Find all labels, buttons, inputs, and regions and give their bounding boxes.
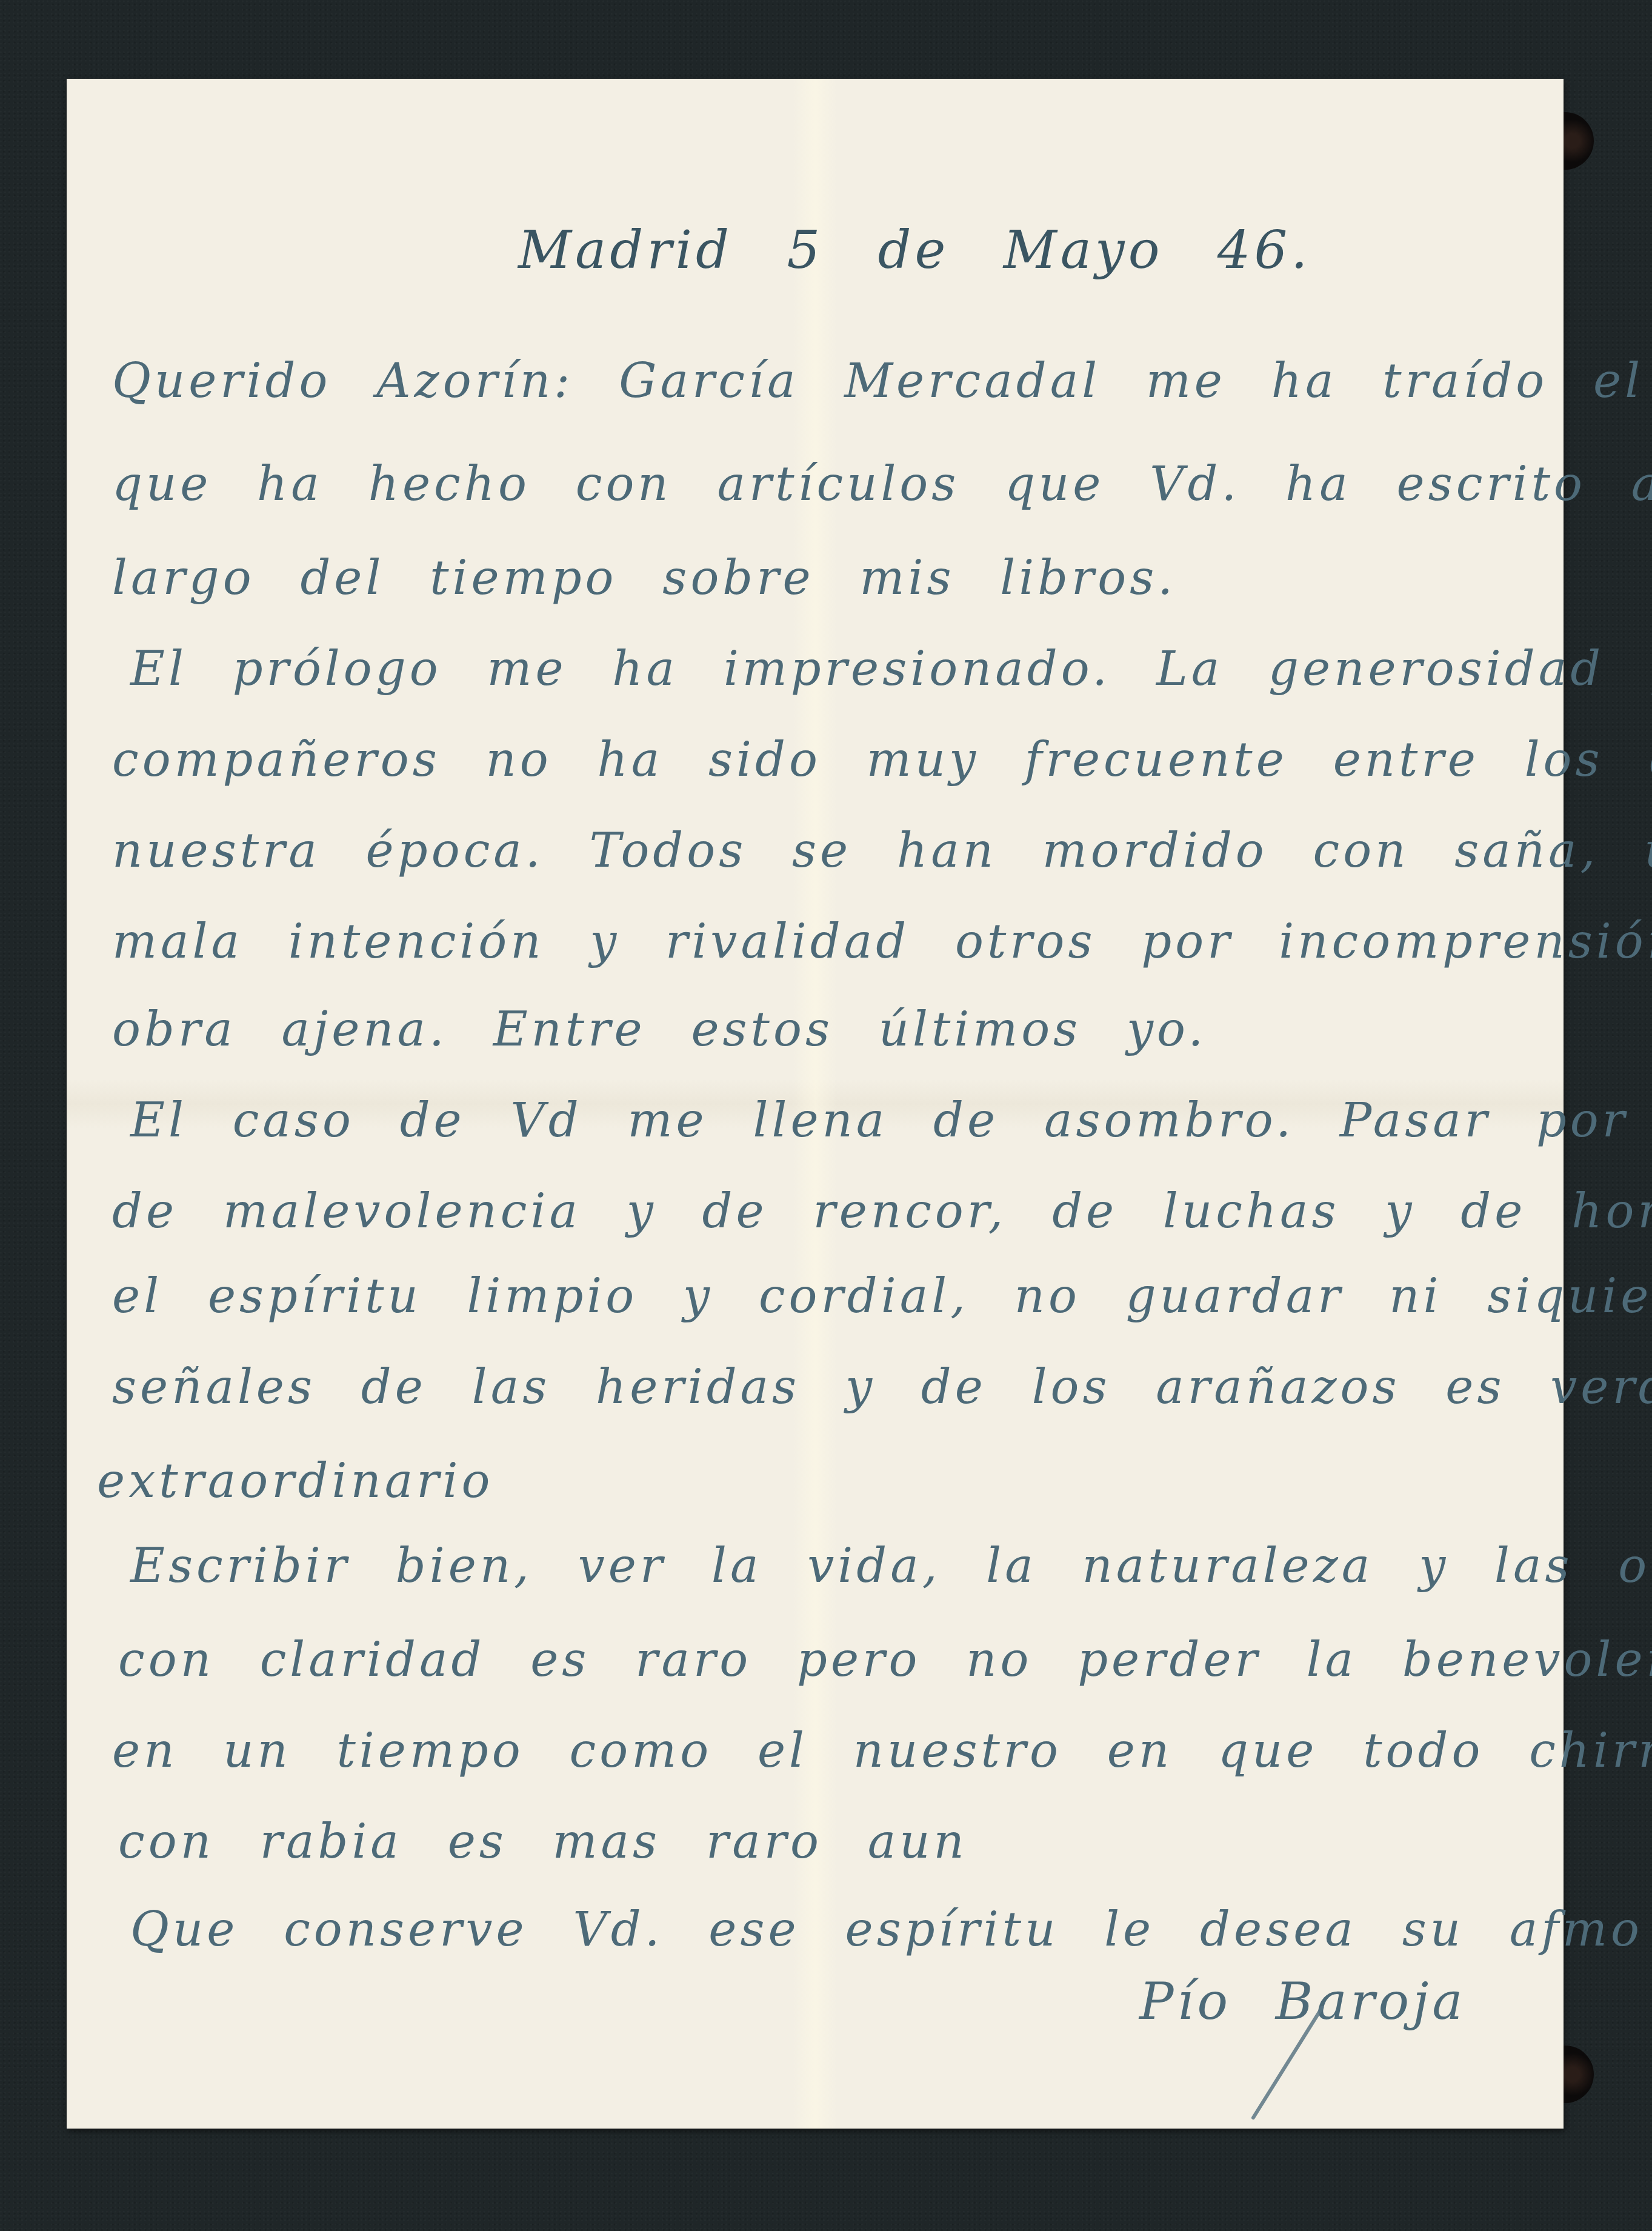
binder-clip-bottom: [1564, 2046, 1594, 2103]
body-line-16: en un tiempo como el nuestro en que todo…: [112, 1727, 1652, 1775]
body-line-11: el espíritu limpio y cordial, no guardar…: [112, 1273, 1652, 1320]
body-line-14: Escribir bien, ver la vida, la naturalez…: [130, 1542, 1652, 1590]
body-line-13: extraordinario: [97, 1458, 493, 1505]
body-line-2: que ha hecho con artículos que Vd. ha es…: [112, 461, 1652, 508]
body-line-5: compañeros no ha sido muy frecuente entr…: [112, 736, 1652, 784]
body-line-3: largo del tiempo sobre mis libros.: [112, 555, 1176, 602]
body-line-12: señales de las heridas y de los arañazos…: [112, 1364, 1652, 1411]
body-line-15: con claridad es raro pero no perder la b…: [118, 1636, 1652, 1684]
dateline: Madrid 5 de Mayo 46.: [518, 224, 1311, 276]
body-line-18: Que conserve Vd. ese espíritu le desea s…: [130, 1906, 1652, 1953]
body-line-8: obra ajena. Entre estos últimos yo.: [112, 1006, 1207, 1053]
body-line-4: El prólogo me ha impresionado. La genero…: [130, 645, 1652, 693]
body-line-9: El caso de Vd me llena de asombro. Pasar…: [130, 1097, 1652, 1144]
body-line-17: con rabia es mas raro aun: [118, 1818, 968, 1866]
body-line-7: mala intención y rivalidad otros por inc…: [112, 918, 1652, 965]
body-line-10: de malevolencia y de rencor, de luchas y…: [112, 1188, 1652, 1235]
body-line-1: Querido Azorín: García Mercadal me ha tr…: [112, 358, 1652, 405]
binder-clip-top: [1564, 112, 1594, 170]
body-line-6: nuestra época. Todos se han mordido con …: [112, 827, 1652, 875]
signature: Pío Baroja: [1139, 1976, 1466, 2027]
